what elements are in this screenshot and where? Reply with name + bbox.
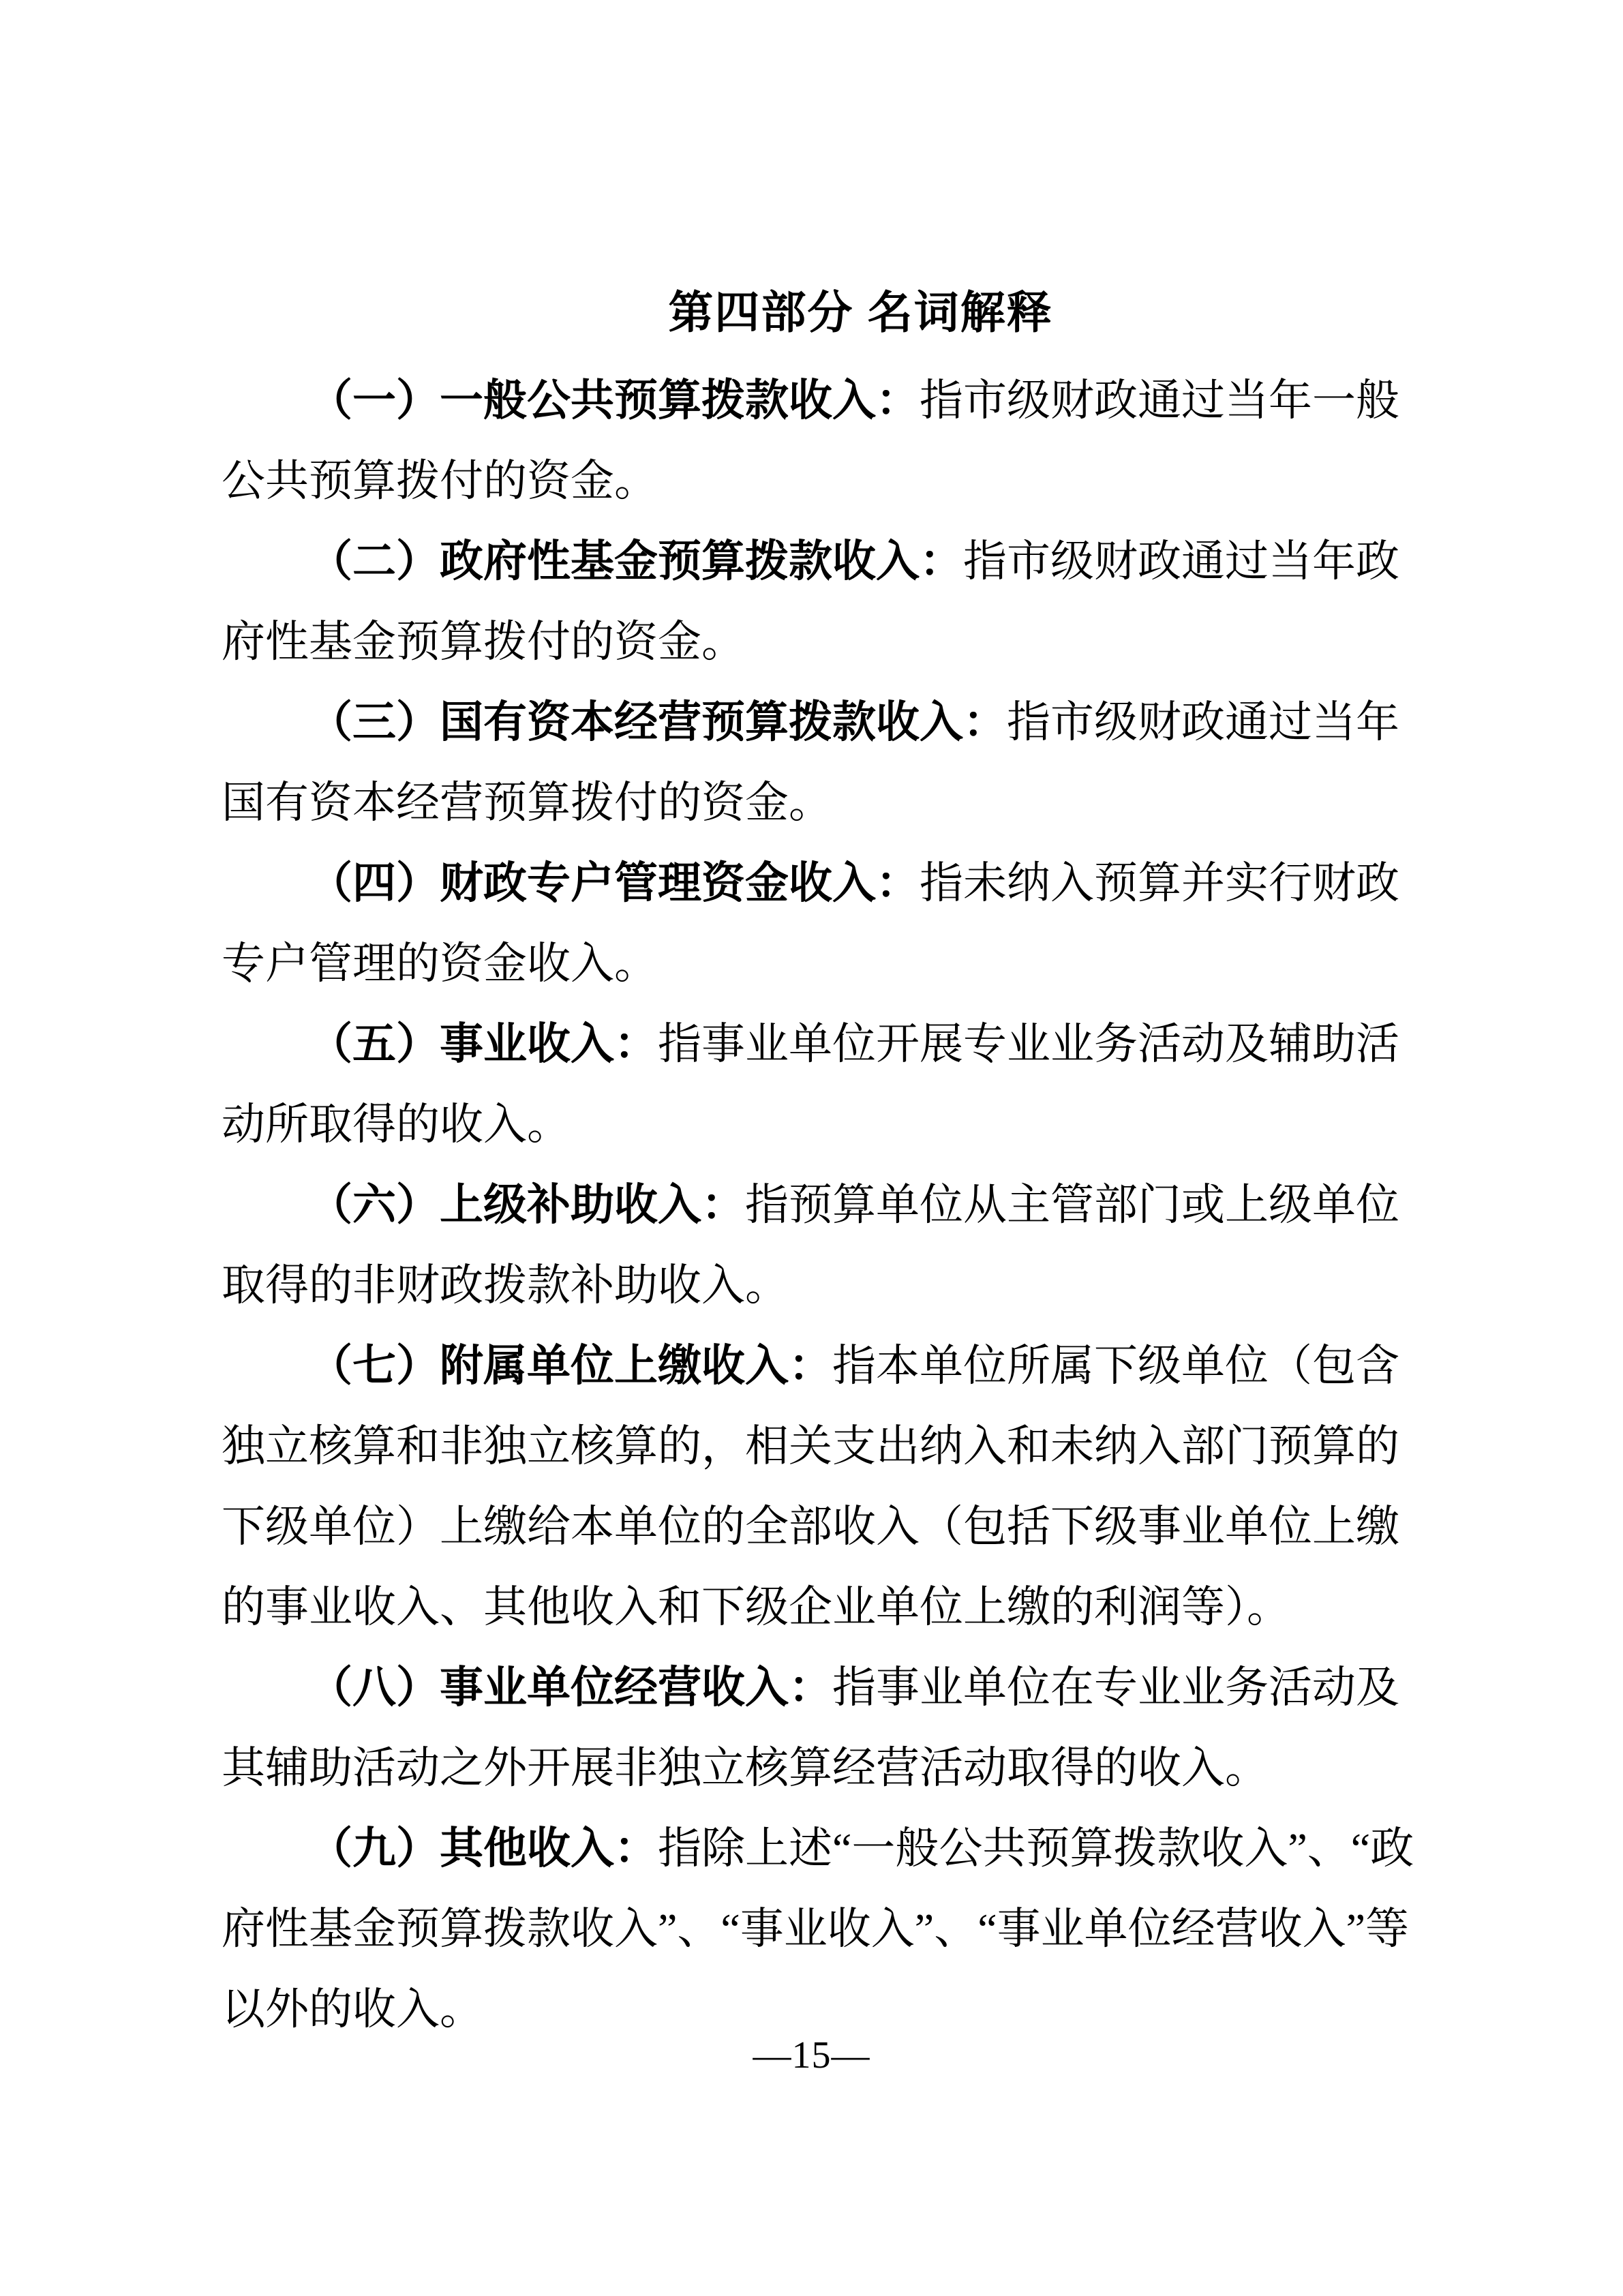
page-number: —15— bbox=[0, 2034, 1623, 2077]
definition-paragraph: （六）上级补助收入：指预算单位从主管部门或上级单位 取得的非财政拨款补助收入。 bbox=[222, 1165, 1612, 1326]
page-title: 第四部分 名词解释 bbox=[49, 289, 1623, 336]
term-label: （六）上级补助收入： bbox=[309, 1181, 745, 1229]
term-label: （三）国有资本经营预算拨款收入： bbox=[309, 698, 1007, 746]
term-label: （四）财政专户管理资金收入： bbox=[309, 859, 920, 907]
definition-paragraph: （四）财政专户管理资金收入：指未纳入预算并实行财政 专户管理的资金收入。 bbox=[222, 843, 1612, 1004]
definitions-list: （一）一般公共预算拨款收入：指市级财政通过当年一般 公共预算拨付的资金。（二）政… bbox=[222, 361, 1612, 2050]
definition-paragraph: （二）政府性基金预算拨款收入：指市级财政通过当年政 府性基金预算拨付的资金。 bbox=[222, 522, 1612, 682]
definition-paragraph: （五）事业收入：指事业单位开展专业业务活动及辅助活 动所取得的收入。 bbox=[222, 1004, 1612, 1165]
term-label: （七）附属单位上缴收入： bbox=[309, 1342, 832, 1390]
definition-paragraph: （七）附属单位上缴收入：指本单位所属下级单位（包含 独立核算和非独立核算的，相关… bbox=[222, 1326, 1612, 1648]
term-label: （五）事业收入： bbox=[309, 1020, 658, 1068]
definition-paragraph: （一）一般公共预算拨款收入：指市级财政通过当年一般 公共预算拨付的资金。 bbox=[222, 361, 1612, 522]
definition-paragraph: （八）事业单位经营收入：指事业单位在专业业务活动及 其辅助活动之外开展非独立核算… bbox=[222, 1648, 1612, 1809]
definition-paragraph: （三）国有资本经营预算拨款收入：指市级财政通过当年 国有资本经营预算拨付的资金。 bbox=[222, 682, 1612, 843]
document-page: 第四部分 名词解释 （一）一般公共预算拨款收入：指市级财政通过当年一般 公共预算… bbox=[0, 0, 1623, 2296]
term-label: （二）政府性基金预算拨款收入： bbox=[309, 537, 963, 586]
term-label: （九）其他收入： bbox=[309, 1824, 658, 1873]
definition-paragraph: （九）其他收入：指除上述“一般公共预算拨款收入”、“政 府性基金预算拨款收入”、… bbox=[222, 1809, 1612, 2050]
term-label: （一）一般公共预算拨款收入： bbox=[309, 376, 920, 425]
term-label: （八）事业单位经营收入： bbox=[309, 1663, 832, 1712]
